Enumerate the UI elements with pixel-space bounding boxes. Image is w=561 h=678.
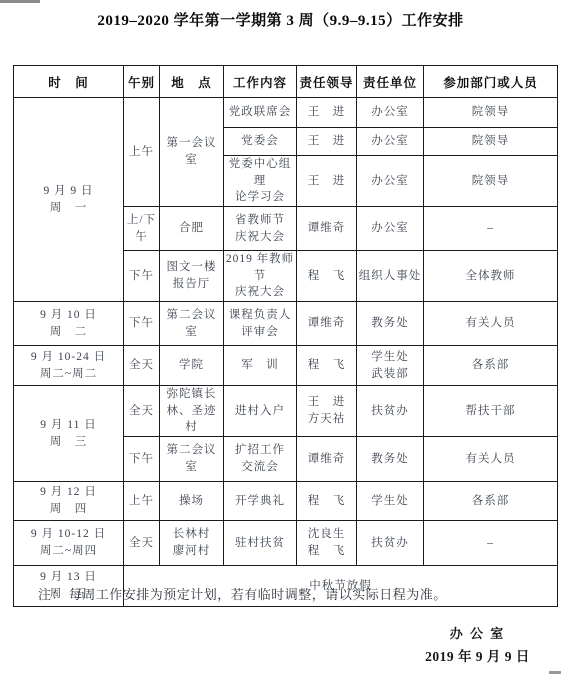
signature-unit: 办 公 室 <box>410 623 545 645</box>
table-header-row: 时 间 午别 地 点 工作内容 责任领导 责任单位 参加部门或人员 <box>14 66 558 98</box>
cell-leader: 王 进 方天祜 <box>297 386 357 437</box>
footnote: 注： 每周工作安排为预定计划，若有临时调整，请以实际日程为准。 <box>38 584 447 603</box>
cell-location: 学院 <box>160 346 224 386</box>
cell-session: 下午 <box>124 437 160 482</box>
cell-time: 9 月 12 日 周 四 <box>14 482 124 521</box>
table-row: 9 月 10 日 周 二 下午 第二会议室 课程负责人 评审会 谭维奇 教务处 … <box>14 302 558 346</box>
cell-location: 弥陀镇长 林、圣迹村 <box>160 386 224 437</box>
cell-unit: 办公室 <box>357 156 424 207</box>
cell-location: 第二会议室 <box>160 302 224 346</box>
cell-work: 党政联席会 <box>224 98 297 128</box>
table-row: 9 月 12 日 周 四 上午 操场 开学典礼 程 飞 学生处 各系部 <box>14 482 558 521</box>
table-row: 9 月 9 日 周 一 上午 第一会议室 党政联席会 王 进 办公室 院领导 <box>14 98 558 128</box>
cell-session: 全天 <box>124 521 160 566</box>
cell-participants: 各系部 <box>424 346 558 386</box>
header-location: 地 点 <box>160 66 224 98</box>
cell-leader: 沈良生 程 飞 <box>297 521 357 566</box>
page-title: 2019–2020 学年第一学期第 3 周（9.9–9.15）工作安排 <box>0 0 561 30</box>
header-time: 时 间 <box>14 66 124 98</box>
cell-participants: 院领导 <box>424 156 558 207</box>
cell-session: 上午 <box>124 98 160 207</box>
table-row: 9 月 10-24 日 周二~周二 全天 学院 军 训 程 飞 学生处 武装部 … <box>14 346 558 386</box>
cell-participants: 院领导 <box>424 128 558 156</box>
header-work-content: 工作内容 <box>224 66 297 98</box>
cell-participants: 各系部 <box>424 482 558 521</box>
cell-participants: 院领导 <box>424 98 558 128</box>
table-row: 9 月 10-12 日 周二~周四 全天 长林村 廖河村 驻村扶贫 沈良生 程 … <box>14 521 558 566</box>
table-row: 9 月 11 日 周 三 全天 弥陀镇长 林、圣迹村 进村入户 王 进 方天祜 … <box>14 386 558 437</box>
schedule-table: 时 间 午别 地 点 工作内容 责任领导 责任单位 参加部门或人员 9 月 9 … <box>13 65 558 607</box>
cell-work: 驻村扶贫 <box>224 521 297 566</box>
cell-session: 全天 <box>124 386 160 437</box>
cell-time: 9 月 10 日 周 二 <box>14 302 124 346</box>
screen-edge-artifact <box>0 0 40 3</box>
cell-location: 操场 <box>160 482 224 521</box>
cell-leader: 王 进 <box>297 98 357 128</box>
cell-time: 9 月 10-12 日 周二~周四 <box>14 521 124 566</box>
cell-participants: 有关人员 <box>424 437 558 482</box>
cell-unit: 教务处 <box>357 437 424 482</box>
cell-work: 军 训 <box>224 346 297 386</box>
cell-unit: 扶贫办 <box>357 521 424 566</box>
screen-edge-artifact <box>549 671 561 674</box>
cell-work: 党委中心组理 论学习会 <box>224 156 297 207</box>
cell-leader: 王 进 <box>297 156 357 207</box>
cell-work: 扩招工作 交流会 <box>224 437 297 482</box>
cell-work: 进村入户 <box>224 386 297 437</box>
header-session: 午别 <box>124 66 160 98</box>
cell-work: 2019 年教师节 庆祝大会 <box>224 251 297 302</box>
cell-participants: – <box>424 521 558 566</box>
cell-session: 全天 <box>124 346 160 386</box>
cell-participants: 帮扶干部 <box>424 386 558 437</box>
cell-unit: 学生处 武装部 <box>357 346 424 386</box>
cell-time: 9 月 11 日 周 三 <box>14 386 124 482</box>
signature-block: 办 公 室 2019 年 9 月 9 日 <box>410 623 545 669</box>
cell-unit: 组织人事处 <box>357 251 424 302</box>
cell-session: 上午 <box>124 482 160 521</box>
cell-session: 下午 <box>124 302 160 346</box>
cell-work: 课程负责人 评审会 <box>224 302 297 346</box>
cell-unit: 办公室 <box>357 98 424 128</box>
cell-leader: 程 飞 <box>297 482 357 521</box>
cell-unit: 教务处 <box>357 302 424 346</box>
header-responsible-leader: 责任领导 <box>297 66 357 98</box>
cell-leader: 程 飞 <box>297 251 357 302</box>
cell-work: 省教师节 庆祝大会 <box>224 207 297 251</box>
cell-unit: 办公室 <box>357 207 424 251</box>
cell-time: 9 月 10-24 日 周二~周二 <box>14 346 124 386</box>
signature-date: 2019 年 9 月 9 日 <box>410 645 545 669</box>
cell-location: 图文一楼 报告厅 <box>160 251 224 302</box>
cell-unit: 学生处 <box>357 482 424 521</box>
cell-session: 上/下 午 <box>124 207 160 251</box>
cell-time: 9 月 9 日 周 一 <box>14 98 124 302</box>
cell-location: 长林村 廖河村 <box>160 521 224 566</box>
cell-participants: 有关人员 <box>424 302 558 346</box>
cell-leader: 谭维奇 <box>297 207 357 251</box>
header-responsible-unit: 责任单位 <box>357 66 424 98</box>
cell-session: 下午 <box>124 251 160 302</box>
cell-unit: 办公室 <box>357 128 424 156</box>
cell-location: 第一会议室 <box>160 98 224 207</box>
header-participants: 参加部门或人员 <box>424 66 558 98</box>
cell-leader: 谭维奇 <box>297 302 357 346</box>
cell-participants: 全体教师 <box>424 251 558 302</box>
cell-leader: 王 进 <box>297 128 357 156</box>
cell-work: 开学典礼 <box>224 482 297 521</box>
cell-leader: 程 飞 <box>297 346 357 386</box>
cell-location: 合肥 <box>160 207 224 251</box>
cell-location: 第二会议室 <box>160 437 224 482</box>
cell-work: 党委会 <box>224 128 297 156</box>
cell-leader: 谭维奇 <box>297 437 357 482</box>
cell-participants: – <box>424 207 558 251</box>
cell-unit: 扶贫办 <box>357 386 424 437</box>
